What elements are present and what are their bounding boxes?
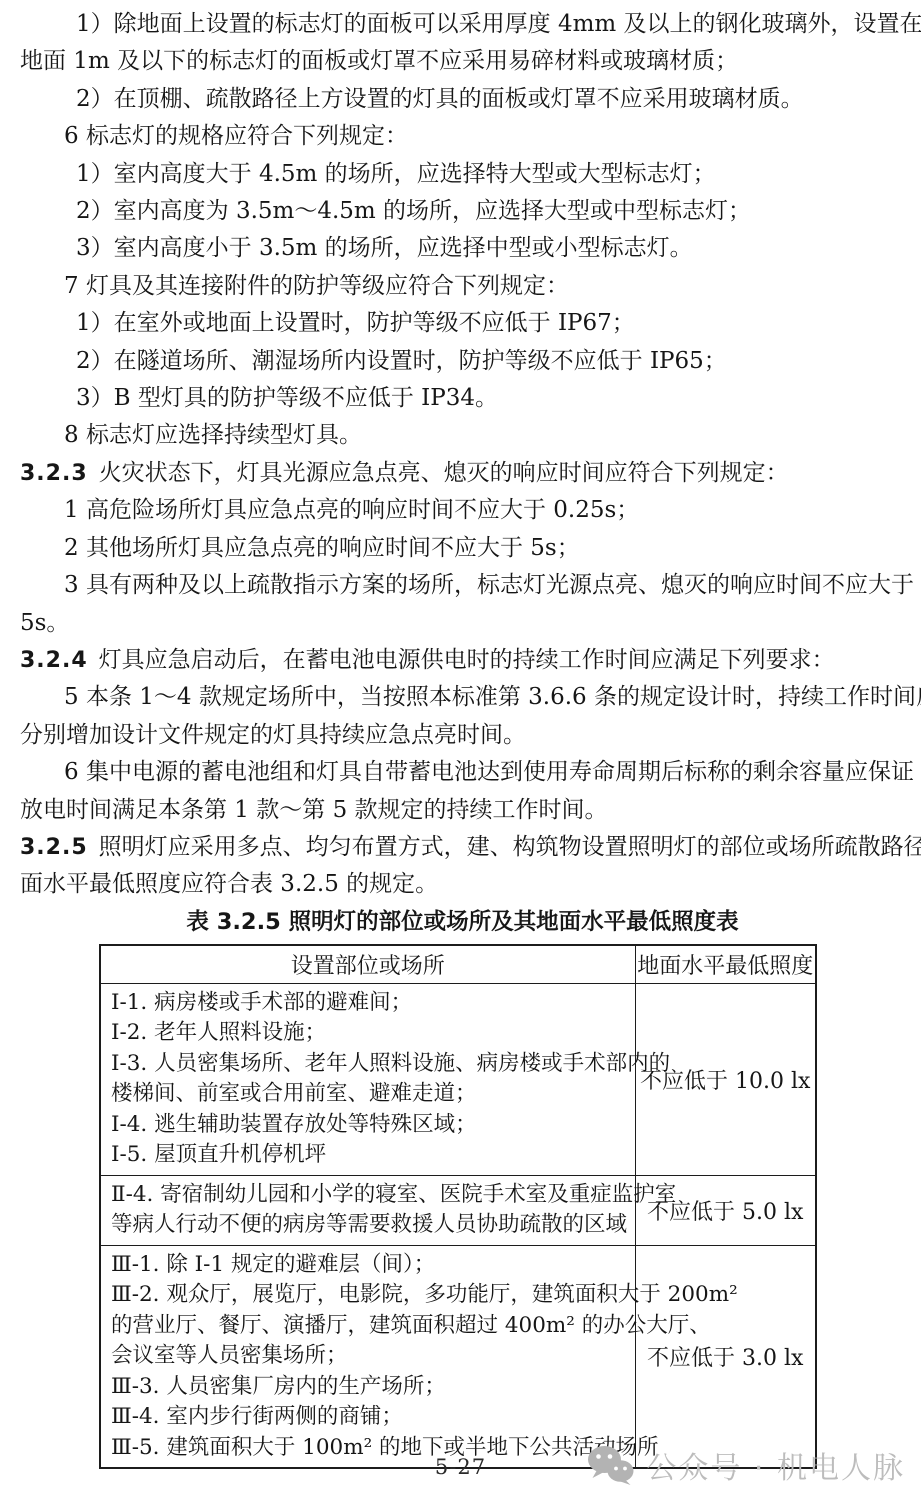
body-line: 1）除地面上设置的标志灯的面板可以采用厚度 4mm 及以上的钢化玻璃外，设置在距 [20,6,905,43]
section-text: 火灾状态下，灯具光源应急点亮、熄灭的响应时间应符合下列规定： [99,460,789,486]
body-line: 放电时间满足本条第 1 款～第 5 款规定的持续工作时间。 [20,792,905,829]
table-cell-line: Ⅲ-1. 除 I-1 规定的避难层（间）； [111,1250,629,1281]
watermark: 公众号 · 机电人脉 [587,1443,905,1487]
section-number: 3.2.5 [20,835,88,860]
table-title: 表 3.2.5 照明灯的部位或场所及其地面水平最低照度表 [20,904,905,941]
table-cell-line: 的营业厅、餐厅、演播厅，建筑面积超过 400m² 的办公大厅、 [111,1311,629,1342]
section-clause: 3.2.4灯具应急启动后，在蓄电池电源供电时的持续工作时间应满足下列要求： [20,642,905,679]
body-line: 2）室内高度为 3.5m～4.5m 的场所，应选择大型或中型标志灯； [20,193,905,230]
section-text: 灯具应急启动后，在蓄电池电源供电时的持续工作时间应满足下列要求： [99,647,835,673]
body-line: 面水平最低照度应符合表 3.2.5 的规定。 [20,866,905,903]
section-number: 3.2.3 [20,461,88,486]
body-line: 6 集中电源的蓄电池组和灯具自带蓄电池达到使用寿命周期后标称的剩余容量应保证 [20,754,905,791]
table-cell-locations: Ⅱ-4. 寄宿制幼儿园和小学的寝室、医院手术室及重症监护室 等病人行动不便的病房… [100,1175,635,1245]
body-line: 5 本条 1～4 款规定场所中，当按照本标准第 3.6.6 条的规定设计时，持续… [20,679,905,716]
table-cell-line: I-5. 屋顶直升机停机坪 [111,1140,629,1171]
body-line: 5s。 [20,605,905,642]
body-line: 地面 1m 及以下的标志灯的面板或灯罩不应采用易碎材料或玻璃材质； [20,43,905,80]
document-page: 1）除地面上设置的标志灯的面板可以采用厚度 4mm 及以上的钢化玻璃外，设置在距… [0,0,921,1507]
body-line: 7 灯具及其连接附件的防护等级应符合下列规定： [20,268,905,305]
body-line: 6 标志灯的规格应符合下列规定： [20,118,905,155]
column-header-location: 设置部位或场所 [100,945,635,983]
wechat-icon [587,1445,634,1485]
table-cell-line: 会议室等人员密集场所； [111,1341,629,1372]
table-header-row: 设置部位或场所 地面水平最低照度 [100,945,816,983]
body-line: 3）B 型灯具的防护等级不应低于 IP34。 [20,380,905,417]
table-cell-line: I-3. 人员密集场所、老年人照料设施、病房楼或手术部内的 [111,1049,629,1080]
table-cell-line: Ⅲ-2. 观众厅，展览厅，电影院，多功能厅，建筑面积大于 200m² [111,1280,629,1311]
body-line: 1）在室外或地面上设置时，防护等级不应低于 IP67； [20,305,905,342]
table-cell-line: I-2. 老年人照料设施； [111,1018,629,1049]
table-row: I-1. 病房楼或手术部的避难间； I-2. 老年人照料设施； I-3. 人员密… [100,983,816,1175]
table-cell-locations: Ⅲ-1. 除 I-1 规定的避难层（间）； Ⅲ-2. 观众厅，展览厅，电影院，多… [100,1245,635,1468]
table-row: Ⅱ-4. 寄宿制幼儿园和小学的寝室、医院手术室及重症监护室 等病人行动不便的病房… [100,1175,816,1245]
body-line: 2 其他场所灯具应急点亮的响应时间不应大于 5s； [20,530,905,567]
table-cell-locations: I-1. 病房楼或手术部的避难间； I-2. 老年人照料设施； I-3. 人员密… [100,983,635,1175]
illuminance-value: 不应低于 10.0 lx [635,983,816,1175]
body-line: 3 具有两种及以上疏散指示方案的场所，标志灯光源点亮、熄灭的响应时间不应大于 [20,567,905,604]
table-row: Ⅲ-1. 除 I-1 规定的避难层（间）； Ⅲ-2. 观众厅，展览厅，电影院，多… [100,1245,816,1468]
body-line: 3）室内高度小于 3.5m 的场所，应选择中型或小型标志灯。 [20,230,905,267]
table-cell-line: I-1. 病房楼或手术部的避难间； [111,988,629,1019]
illuminance-value: 不应低于 3.0 lx [635,1245,816,1468]
body-line: 分别增加设计文件规定的灯具持续应急点亮时间。 [20,717,905,754]
table-cell-line: I-4. 逃生辅助装置存放处等特殊区域； [111,1110,629,1141]
body-line: 8 标志灯应选择持续型灯具。 [20,417,905,454]
table-cell-line: Ⅱ-4. 寄宿制幼儿园和小学的寝室、医院手术室及重症监护室 [111,1180,629,1211]
column-header-illuminance: 地面水平最低照度 [635,945,816,983]
illuminance-table: 设置部位或场所 地面水平最低照度 I-1. 病房楼或手术部的避难间； I-2. … [99,944,817,1469]
table-cell-line: Ⅲ-3. 人员密集厂房内的生产场所； [111,1372,629,1403]
body-line: 2）在顶棚、疏散路径上方设置的灯具的面板或灯罩不应采用玻璃材质。 [20,81,905,118]
body-line: 1）室内高度大于 4.5m 的场所，应选择特大型或大型标志灯； [20,156,905,193]
table-cell-line: 楼梯间、前室或合用前室、避难走道； [111,1079,629,1110]
section-clause: 3.2.3火灾状态下，灯具光源应急点亮、熄灭的响应时间应符合下列规定： [20,455,905,492]
table-cell-line: 等病人行动不便的病房等需要救援人员协助疏散的区域 [111,1210,629,1241]
section-clause: 3.2.5照明灯应采用多点、均匀布置方式，建、构筑物设置照明灯的部位或场所疏散路… [20,829,905,866]
section-text: 照明灯应采用多点、均匀布置方式，建、构筑物设置照明灯的部位或场所疏散路径地 [99,834,921,860]
section-number: 3.2.4 [20,648,88,673]
document-body: 1）除地面上设置的标志灯的面板可以采用厚度 4mm 及以上的钢化玻璃外，设置在距… [20,6,905,1469]
body-line: 2）在隧道场所、潮湿场所内设置时，防护等级不应低于 IP65； [20,343,905,380]
body-line: 1 高危险场所灯具应急点亮的响应时间不应大于 0.25s； [20,492,905,529]
table-cell-line: Ⅲ-4. 室内步行街两侧的商铺； [111,1402,629,1433]
watermark-label: 公众号 · 机电人脉 [646,1443,905,1487]
